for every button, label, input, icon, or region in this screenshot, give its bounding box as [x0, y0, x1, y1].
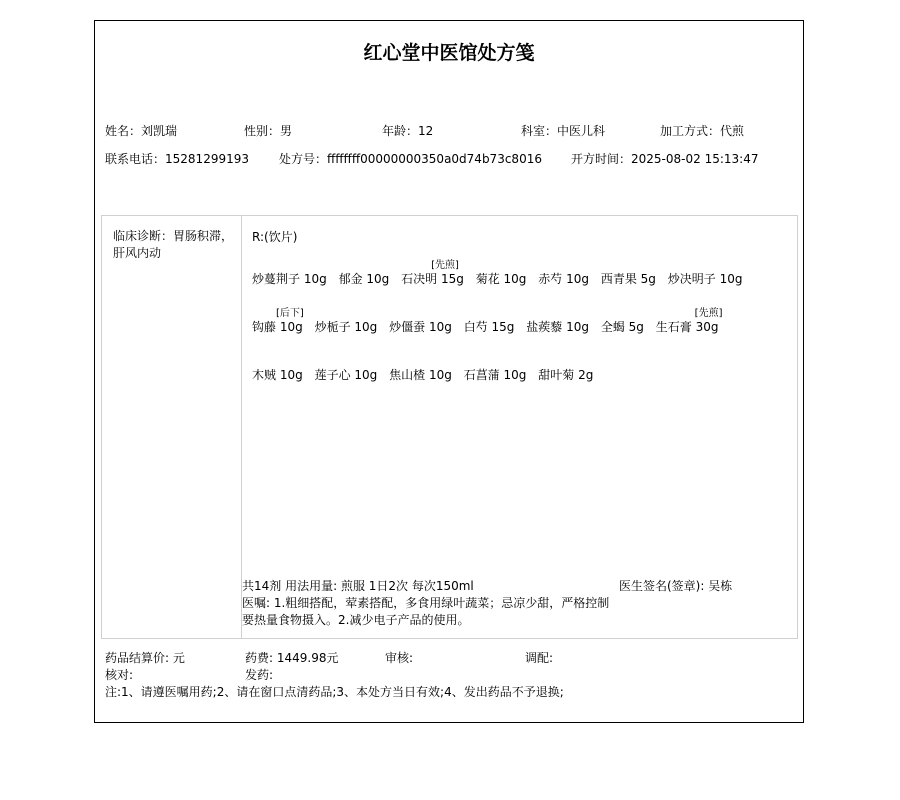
usage-dosage: 共14剂 用法用量: 煎服 1日2次 每次150ml [242, 577, 474, 594]
herb-item: 石菖蒲 10g [464, 352, 527, 383]
prescription-table: 临床诊断：胃肠积滞，肝风内动 R:(饮片) 炒蔓荆子 10g 郁金 10g [先… [101, 215, 798, 639]
notes-text: 注:1、请遵医嘱用药;2、请在窗口点清药品;3、本处方当日有效;4、发出药品不予… [105, 684, 564, 701]
decoct-first-note: [先煎] [431, 256, 464, 271]
page-title: 红心堂中医馆处方笺 [95, 38, 803, 65]
herb-item: 炒僵蚕 10g [389, 304, 452, 335]
herb-item: 炒栀子 10g [315, 304, 378, 335]
herb-line-2: [后下]钩藤 10g 炒栀子 10g 炒僵蚕 10g 白芍 15g 盐蒺藜 10… [252, 304, 726, 344]
herb-item: [后下]钩藤 10g [252, 304, 303, 335]
review-label: 审核: [385, 650, 413, 667]
herb-item: 焦山楂 10g [389, 352, 452, 383]
rx-type: R:(饮片) [252, 228, 297, 245]
phone: 联系电话：15281299193 [105, 150, 249, 168]
herb-item: 赤芍 10g [538, 256, 589, 287]
herb-item: [先煎]石决明 15g [401, 256, 464, 287]
herb-line-3: 木贼 10g 莲子心 10g 焦山楂 10g 石菖蒲 10g 甜叶菊 2g [252, 352, 601, 392]
medical-advice: 医嘱: 1.粗细搭配，荤素搭配，多食用绿叶蔬菜；忌凉少甜，严格控制要热量食物摄入… [242, 595, 617, 629]
prescription-sheet: 红心堂中医馆处方笺 姓名：刘凯瑞 性别：男 年龄：12 科室：中医儿科 加工方式… [94, 20, 804, 723]
herb-item: 木贼 10g [252, 352, 303, 383]
herb-item: 西青果 5g [601, 256, 656, 287]
herb-item: 全蝎 5g [601, 304, 644, 335]
dispense-label: 发药: [245, 667, 273, 684]
herb-item: 莲子心 10g [315, 352, 378, 383]
herb-item: 甜叶菊 2g [538, 352, 593, 383]
herb-item: 盐蒺藜 10g [526, 304, 589, 335]
herb-item: 炒蔓荆子 10g [252, 256, 327, 287]
prescription-cell: R:(饮片) 炒蔓荆子 10g 郁金 10g [先煎]石决明 15g 菊花 10… [242, 216, 797, 638]
check-label: 核对: [105, 667, 133, 684]
clinical-diagnosis: 临床诊断：胃肠积滞，肝风内动 [113, 228, 237, 262]
processing-method: 加工方式：代煎 [660, 122, 744, 140]
herb-item: 菊花 10g [476, 256, 527, 287]
diagnosis-cell: 临床诊断：胃肠积滞，肝风内动 [102, 216, 242, 638]
dispense-prep-label: 调配: [525, 650, 553, 667]
department: 科室：中医儿科 [521, 122, 605, 140]
herb-line-1: 炒蔓荆子 10g 郁金 10g [先煎]石决明 15g 菊花 10g 赤芍 10… [252, 256, 750, 296]
drug-settlement-price: 药品结算价: 元 [105, 650, 185, 667]
drug-fee: 药费: 1449.98元 [245, 650, 338, 667]
herb-item: [先煎]生石膏 30g [656, 304, 719, 335]
add-later-note: [后下] [276, 304, 303, 319]
patient-age: 年龄：12 [382, 122, 433, 140]
rx-number: 处方号：ffffffff00000000350a0d74b73c8016 [279, 150, 542, 168]
herb-item: 炒决明子 10g [668, 256, 743, 287]
doctor-signature: 医生签名(签章): 吴栋 [619, 577, 732, 594]
decoct-first-note: [先煎] [695, 304, 723, 319]
herb-item: 郁金 10g [339, 256, 390, 287]
patient-gender: 性别：男 [244, 122, 292, 140]
patient-name: 姓名：刘凯瑞 [105, 122, 177, 140]
herb-item: 白芍 15g [464, 304, 515, 335]
rx-time: 开方时间：2025-08-02 15:13:47 [571, 150, 758, 168]
